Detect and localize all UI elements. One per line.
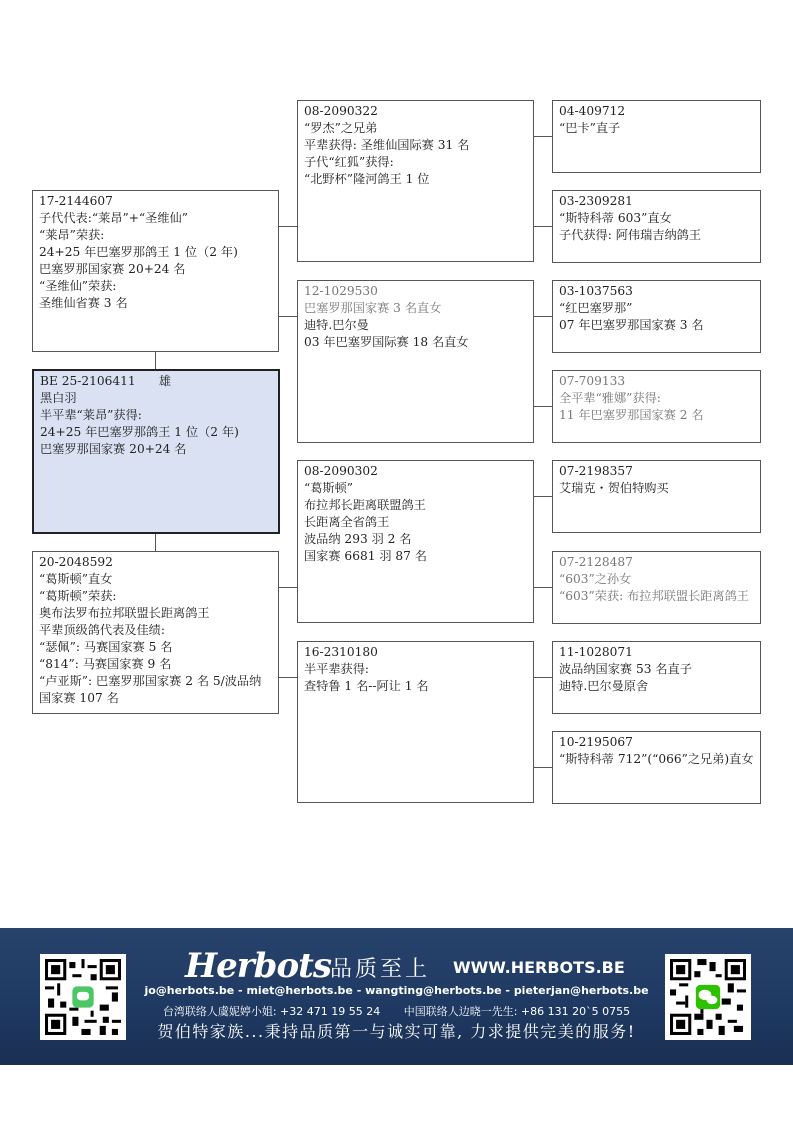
slogan: 品质至上 [330,952,430,983]
pedigree-gen3-card-3: 03-1037563 “红巴塞罗那” 07 年巴塞罗那国家赛 3 名 [552,280,761,353]
connector-sire-subject [155,351,156,370]
card-line: 巴塞罗那国家赛 20+24 名 [40,441,272,458]
pedigree-subject-card: BE 25-2106411 雄 黑白羽 半平辈“莱昂”获得: 24+25 年巴塞… [32,369,280,534]
card-line: 24+25 年巴塞罗那鸽王 1 位（2 年) [39,244,272,261]
ring-number: 10-2195067 [559,734,754,751]
card-line: 半平辈“莱昂”获得: [40,407,272,424]
pedigree-dam-dam-card: 16-2310180 半平辈获得: 查特鲁 1 名--阿让 1 名 [297,641,534,803]
herbots-logo: Herbots [185,946,331,986]
ring-number: 07-2198357 [559,463,754,480]
card-line: 奥布法罗布拉邦联盟长距离鸽王 [39,605,272,622]
card-line: 子代代表:“莱昂”+“圣维仙” [39,210,272,227]
ring-number: 17-2144607 [39,193,272,210]
card-line: 查特鲁 1 名--阿让 1 名 [304,678,527,695]
card-line: “北野杯”隆河鸽王 1 位 [304,171,527,188]
brand-row: Herbots 品质至上 WWW.HERBOTS.BE [185,946,615,986]
card-line: “斯特科蒂 603”直女 [559,210,754,227]
card-line: 11 年巴塞罗那国家赛 2 名 [559,407,754,424]
card-line: 巴塞罗那国家赛 20+24 名 [39,261,272,278]
connector-subject-dam [155,533,156,551]
ring-number: 07-709133 [559,373,754,390]
contact-china: 中国联络人边晓一先生: +86 131 20`5 0755 [404,1005,630,1018]
pedigree-dam-card: 20-2048592 “葛斯顿”直女 “葛斯顿”荣获: 奥布法罗布拉邦联盟长距离… [32,551,279,714]
card-line: “莱昂”荣获: [39,227,272,244]
ring-number: 03-1037563 [559,283,754,300]
card-line: 半平辈获得: [304,661,527,678]
card-line: “603”荣获: 布拉邦联盟长距离鸽王 [559,588,754,605]
card-line: 布拉邦长距离联盟鸽王 [304,497,527,514]
ring-number: 11-1028071 [559,644,754,661]
pedigree-sire-dam-card: 12-1029530 巴塞罗那国家赛 3 名直女 迪特.巴尔曼 03 年巴塞罗国… [297,280,534,443]
connector [533,136,552,137]
card-line: “巴卡”直子 [559,120,754,137]
card-line: 子代获得: 阿伟瑞吉纳鸽王 [559,227,754,244]
pedigree-gen3-card-8: 10-2195067 “斯特科蒂 712”(“066”之兄弟)直女 [552,731,761,804]
connector [533,316,552,317]
pedigree-sire-card: 17-2144607 子代代表:“莱昂”+“圣维仙” “莱昂”荣获: 24+25… [32,190,279,352]
connector [533,587,552,588]
card-line: “葛斯顿” [304,480,527,497]
ring-number: 08-2090322 [304,103,527,120]
ring-number: 03-2309281 [559,193,754,210]
card-line: 国家赛 6681 羽 87 名 [304,548,527,565]
connector-sire-to-sd [278,316,297,317]
card-line: 07 年巴塞罗那国家赛 3 名 [559,317,754,334]
pedigree-dam-sire-card: 08-2090302 “葛斯顿” 布拉邦长距离联盟鸽王 长距离全省鸽王 波品纳 … [297,460,534,623]
ring-number: 12-1029530 [304,283,527,300]
pedigree-gen3-card-4: 07-709133 全平辈“雅娜”获得: 11 年巴塞罗那国家赛 2 名 [552,370,761,443]
card-line: 全平辈“雅娜”获得: [559,390,754,407]
card-line: 24+25 年巴塞罗那鸽王 1 位（2 年) [40,424,272,441]
connector-sire-to-ss [278,226,297,227]
wechat-qr-code[interactable] [665,954,751,1040]
card-line: 平辈获得: 圣维仙国际赛 31 名 [304,137,527,154]
card-line: 平辈顶级鸽代表及佳绩: [39,622,272,639]
ring-number: 20-2048592 [39,554,272,571]
card-line: “瑟佩”: 马赛国家赛 5 名 [39,639,272,656]
pedigree-sire-sire-card: 08-2090322 “罗杰”之兄弟 平辈获得: 圣维仙国际赛 31 名 子代“… [297,100,534,262]
connector-dam-to-ds [278,587,297,588]
card-line: 迪特.巴尔曼原舍 [559,678,754,695]
card-line: 巴塞罗那国家赛 3 名直女 [304,300,527,317]
card-line: “卢亚斯”: 巴塞罗那国家赛 2 名 5/波品纳国家赛 107 名 [39,673,272,707]
card-line: “斯特科蒂 712”(“066”之兄弟)直女 [559,751,754,768]
card-line: 圣维仙省赛 3 名 [39,295,272,312]
card-line: 长距离全省鸽王 [304,514,527,531]
card-line: 黑白羽 [40,390,272,407]
card-line: “罗杰”之兄弟 [304,120,527,137]
pedigree-gen3-card-7: 11-1028071 波品纳国家赛 53 名直子 迪特.巴尔曼原舍 [552,641,761,714]
qr-code-icon [670,959,746,1035]
card-line: 子代“红狐”获得: [304,154,527,171]
ring-number: 16-2310180 [304,644,527,661]
pedigree-gen3-card-2: 03-2309281 “斯特科蒂 603”直女 子代获得: 阿伟瑞吉纳鸽王 [552,190,761,263]
card-line: 波品纳国家赛 53 名直子 [559,661,754,678]
card-line: 波品纳 293 羽 2 名 [304,531,527,548]
pedigree-gen3-card-6: 07-2128487 “603”之孙女 “603”荣获: 布拉邦联盟长距离鸽王 [552,551,761,624]
website-link[interactable]: WWW.HERBOTS.BE [453,958,625,977]
ring-number: BE 25-2106411 雄 [40,373,272,390]
connector [533,767,552,768]
footer-banner: Herbots 品质至上 WWW.HERBOTS.BE jo@herbots.b… [0,928,793,1065]
card-line: “814”: 马赛国家赛 9 名 [39,656,272,673]
connector [533,226,552,227]
card-line: “红巴塞罗那” [559,300,754,317]
card-line: 迪特.巴尔曼 [304,317,527,334]
ring-number: 08-2090302 [304,463,527,480]
connector [533,406,552,407]
ring-number: 04-409712 [559,103,754,120]
card-line: 艾瑞克・贺伯特购买 [559,480,754,497]
card-line: “603”之孙女 [559,571,754,588]
card-line: 03 年巴塞罗国际赛 18 名直女 [304,334,527,351]
connector [533,677,552,678]
card-line: “圣维仙”荣获: [39,278,272,295]
contact-taiwan: 台湾联络人虞妮婷小姐: +32 471 19 55 24 [163,1005,380,1018]
connector [533,496,552,497]
ring-number: 07-2128487 [559,554,754,571]
connector-dam-to-dd [278,677,297,678]
pedigree-gen3-card-5: 07-2198357 艾瑞克・贺伯特购买 [552,460,761,533]
pedigree-gen3-card-1: 04-409712 “巴卡”直子 [552,100,761,173]
card-line: “葛斯顿”荣获: [39,588,272,605]
card-line: “葛斯顿”直女 [39,571,272,588]
